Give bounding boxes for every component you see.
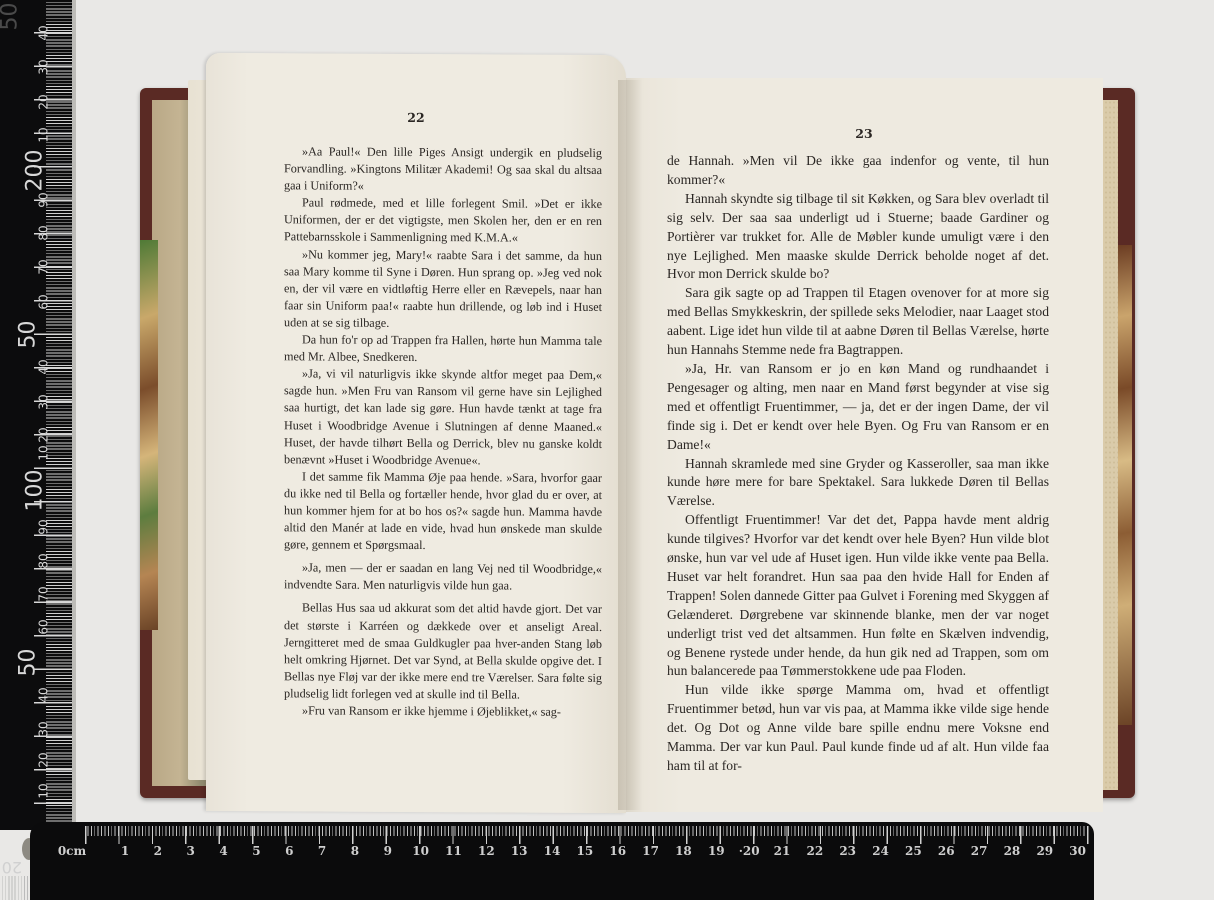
ruler-mm-label: 30 [37,721,51,736]
ruler-mm-label: 50 [0,3,23,31]
ruler-edge [72,0,76,830]
page-number: 22 [206,109,626,126]
paragraph: Hannah skyndte sig tilbage til sit Køkke… [667,190,1049,285]
ruler-cm-label: 22 [806,844,823,858]
ruler-mm-label: 70 [37,259,51,274]
ruler-cm-label: 27 [971,844,988,858]
paragraph: »Ja, vi vil naturligvis ikke skynde altf… [284,366,602,470]
paragraph: Bellas Hus saa ud akkurat som det altid … [284,600,602,704]
ruler-mm-label: 100 [23,470,48,512]
paragraph: »Fru van Ransom er ikke hjemme i Øjeblik… [284,702,602,721]
ruler-mm-label: 90 [37,519,51,534]
ruler-cm-label: ·20 [739,844,760,858]
left-page: 22 »Aa Paul!« Den lille Piges Ansigt und… [206,53,626,813]
ruler-cm-label: 28 [1004,844,1021,858]
ruler-mm-label: 30 [37,59,51,74]
paragraph: I det samme fik Mamma Øje paa hende. »Sa… [284,468,602,555]
ruler-cm-label: 12 [478,844,495,858]
marbled-edge-left [140,240,158,630]
ruler-unit-label: 0cm [58,844,86,858]
paragraph: Da hun fo'r op ad Trappen fra Hallen, hø… [284,331,602,367]
ruler-cm-label: 6 [285,844,293,858]
ruler-cm-label: 1 [121,844,129,858]
ruler-mm-label: 80 [37,553,51,568]
ruler-cm-label: 16 [609,844,626,858]
paragraph: de Hannah. »Men vil De ikke gaa indenfor… [667,152,1049,190]
ruler-mm-label: 10 [37,783,51,798]
ruler-mm-label: 40 [37,25,51,40]
ruler-cm-label: 7 [318,844,326,858]
ruler-cm-label: 9 [384,844,392,858]
paragraph: Hun vilde ikke spørge Mamma om, hvad et … [667,681,1049,776]
corner-ruler-ticks [0,876,28,900]
ruler-cm-label: 25 [905,844,922,858]
page-number: 23 [625,126,1103,141]
paragraph: Offentligt Fruentimmer! Var det det, Pap… [667,511,1049,681]
ruler-cm-label: 3 [187,844,195,858]
ruler-cm-label: 13 [511,844,528,858]
ruler-cm-label: 5 [252,844,260,858]
ruler-cm-label: 23 [839,844,856,858]
corner-ruler-label: 20 [0,858,22,877]
vertical-ruler: 5040302010200908070605040302010100908070… [0,0,76,830]
ruler-mm-label: 20 [37,427,51,442]
page-body-text: de Hannah. »Men vil De ikke gaa indenfor… [667,152,1049,776]
ruler-mm-label: 80 [37,225,51,240]
ruler-mm-label: 50 [16,321,41,349]
ruler-mm-label: 10 [37,445,51,460]
ruler-cm-label: 19 [708,844,725,858]
ruler-mm-label: 200 [23,150,48,192]
right-page: 23 de Hannah. »Men vil De ikke gaa inden… [625,78,1103,812]
paragraph: »Ja, men — der er saadan en lang Vej ned… [284,560,602,596]
paragraph: Sara gik sagte op ad Trappen til Etagen … [667,284,1049,360]
ruler-mm-label: 90 [37,192,51,207]
ruler-mm-label: 20 [37,752,51,767]
paragraph: »Ja, Hr. van Ransom er jo en køn Mand og… [667,360,1049,455]
ruler-mm-label: 10 [37,127,51,142]
ruler-cm-label: 29 [1036,844,1053,858]
ruler-cm-label: 4 [219,844,227,858]
paragraph: »Aa Paul!« Den lille Piges Ansigt underg… [284,143,602,196]
ruler-cm-label: 21 [774,844,791,858]
ruler-mm-label: 60 [37,294,51,309]
ruler-mm-label: 40 [37,359,51,374]
ruler-cm-label: 17 [642,844,659,858]
ruler-mm-label: 70 [37,586,51,601]
page-body-text: »Aa Paul!« Den lille Piges Ansigt underg… [284,143,602,721]
ruler-cm-label: 18 [675,844,692,858]
paragraph: »Nu kommer jeg, Mary!« raabte Sara i det… [284,246,602,333]
marbled-edge-right [1116,245,1132,725]
ruler-cm-label: 11 [445,844,462,858]
paragraph: Hannah skramlede med sine Gryder og Kass… [667,455,1049,512]
ruler-cm-label: 10 [412,844,429,858]
paragraph: Paul rødmede, med et lille forlegent Smi… [284,195,602,248]
ruler-mm-label: 20 [37,94,51,109]
ruler-cm-label: 2 [154,844,162,858]
book-gutter [618,80,642,810]
ruler-major-ticks [85,826,1090,844]
ruler-mm-label: 60 [37,619,51,634]
ruler-cm-label: 26 [938,844,955,858]
ruler-mm-label: 50 [16,649,41,677]
ruler-cm-label: 24 [872,844,889,858]
ruler-mm-label: 40 [37,687,51,702]
ruler-major-ticks [34,0,72,830]
horizontal-ruler-labels: 0cm 12345678910111213141516171819·202122… [30,844,1094,864]
ruler-cm-label: 8 [351,844,359,858]
horizontal-ruler: 0cm 12345678910111213141516171819·202122… [30,822,1094,900]
ruler-mm-label: 30 [37,394,51,409]
ruler-cm-label: 14 [544,844,561,858]
ruler-cm-label: 15 [577,844,594,858]
ruler-cm-label: 30 [1069,844,1086,858]
